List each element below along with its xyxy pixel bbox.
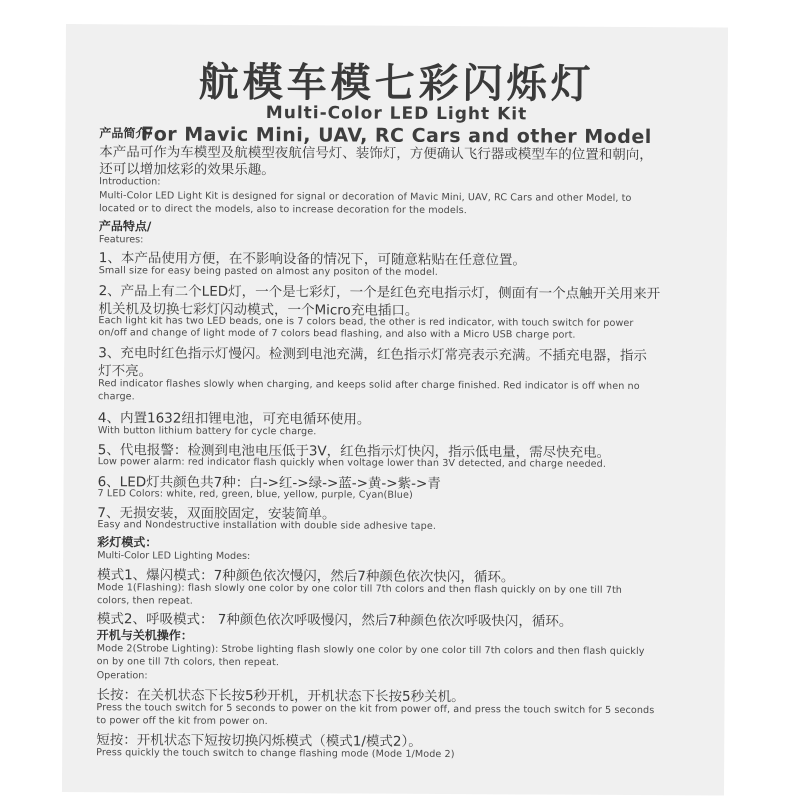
feature-3-en-2: charge. [98,391,135,402]
mode-1-en-2: colors, then repeat. [97,595,193,607]
intro-heading-en: Introduction: [99,176,160,187]
feature-3-cn-2: 灯不亮。 [98,359,152,379]
feature-3-cn-1: 3、充电时红色指示灯慢闪。检测到电池充满，红色指示灯常亮表示充满。不插充电器，指… [98,341,647,364]
modes-heading-cn: 彩灯模式： [97,533,157,550]
features-heading-en: Features: [99,234,144,245]
intro-body-en-2: located or to direct the models, also to… [99,203,467,216]
feature-1-en: Small size for easy being pasted on almo… [99,265,438,278]
modes-heading-en: Multi-Color LED Lighting Modes: [97,550,250,562]
title-english: Multi-Color LED Light Kit [65,102,727,125]
intro-body-en-1: Multi-Color LED Light Kit is designed fo… [99,190,631,204]
long-press-en-2: to power off the kit from power on. [96,715,268,727]
short-press-en: Press quickly the touch switch to change… [96,747,454,760]
intro-body-cn-2: 还可以增加炫彩的效果乐趣。 [99,157,275,178]
title-chinese: 航模车模七彩闪烁灯 [66,50,728,110]
feature-7-en: Easy and Nondestructive installation wit… [97,519,436,532]
feature-3-en-1: Red indicator flashes slowly when chargi… [98,378,640,392]
operation-heading-cn: 开机与关机操作： [97,626,193,644]
long-press-en-1: Press the touch switch for 5 seconds to … [96,702,654,716]
intro-heading-cn: 产品简介/ [99,124,151,141]
mode-1-en-1: Mode 1(Flashing): flash slowly one color… [97,582,622,596]
feature-6-en: 7 LED Colors: white, red, green, blue, y… [98,488,413,501]
features-heading-cn: 产品特点/ [99,217,151,234]
instruction-sheet: 航模车模七彩闪烁灯 Multi-Color LED Light Kit For … [62,24,728,795]
feature-4-cn: 4、内置1632纽扣锂电池，可充电循环使用。 [98,406,371,427]
feature-4-en: With button lithium battery for cycle ch… [98,425,317,437]
feature-5-en: Low power alarm: red indicator flash qui… [98,456,606,470]
mode-2-en-2: on by one till 7th colors, then repeat. [97,656,279,668]
feature-2-en-2: on/off and change of light mode of 7 col… [98,327,575,340]
mode-2-en-1: Mode 2(Strobe Lighting): Strobe lighting… [97,643,645,657]
operation-heading-en: Operation: [97,670,148,681]
